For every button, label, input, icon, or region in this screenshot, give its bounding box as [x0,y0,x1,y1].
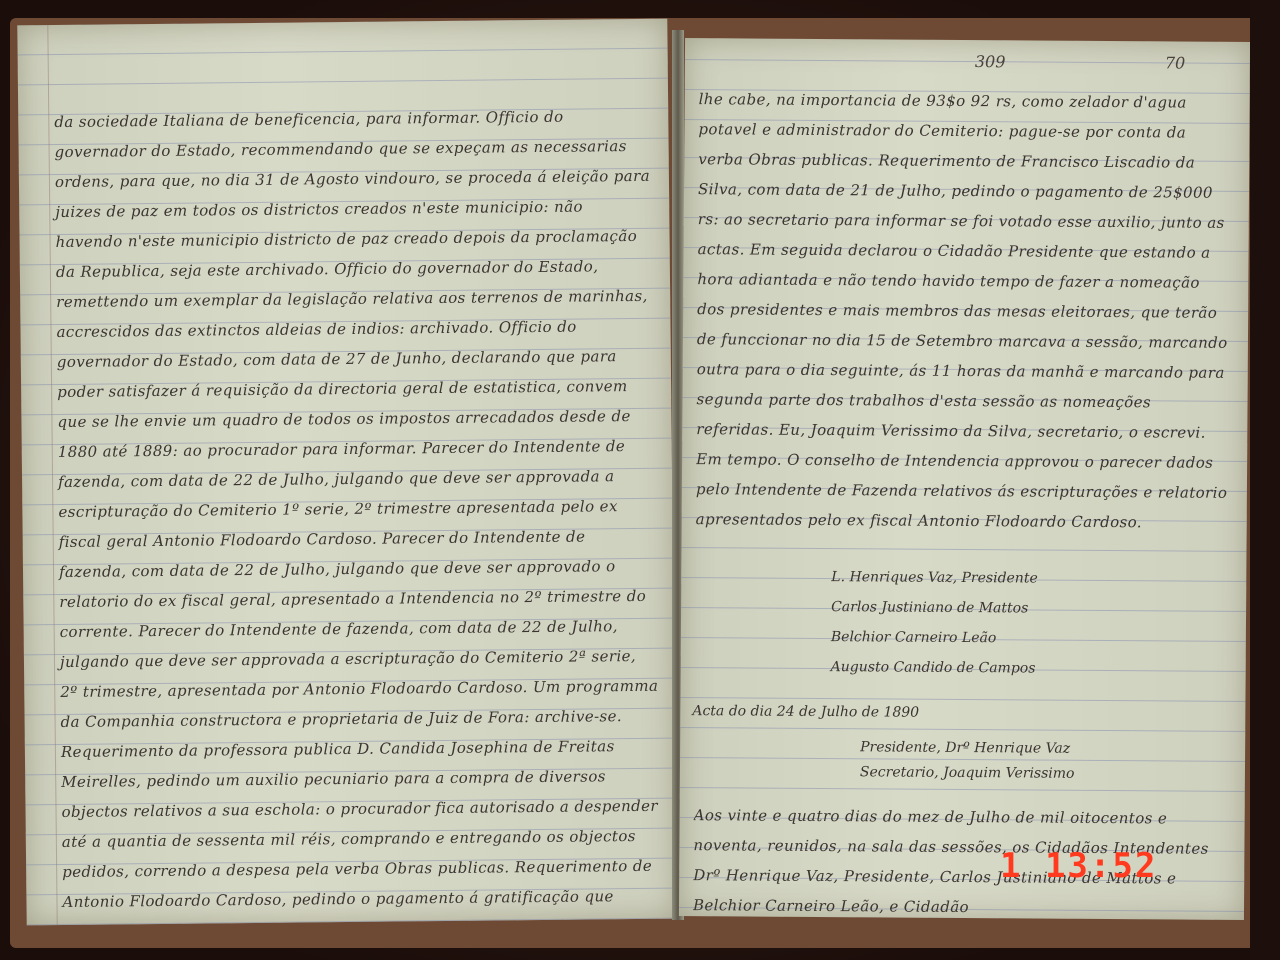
officer-president: Presidente, Drº Henrique Vaz [860,739,1070,756]
signature: Augusto Candido de Campos [831,659,1036,676]
camera-timestamp: 1 13:52 [1000,846,1157,886]
right-page-text: lhe cabe, na importancia de 93$o 92 rs, … [695,84,1233,558]
signature: L. Henriques Vaz, Presidente [831,569,1038,586]
left-page-text: da sociedade Italiana de beneficencia, p… [54,101,660,917]
left-page: da sociedade Italiana de beneficencia, p… [17,19,676,926]
page-number: 70 [1165,53,1185,72]
book-spine [1250,0,1280,960]
signature: Carlos Justiniano de Mattos [831,599,1028,616]
officer-secretary: Secretario, Joaquim Verissimo [860,764,1075,781]
folio-number: 309 [975,52,1006,71]
entry-title: Acta do dia 24 de Julho de 1890 [692,703,919,721]
signature: Belchior Carneiro Leão [831,629,997,646]
right-page: 309 70 lhe cabe, na importancia de 93$o … [679,38,1250,920]
